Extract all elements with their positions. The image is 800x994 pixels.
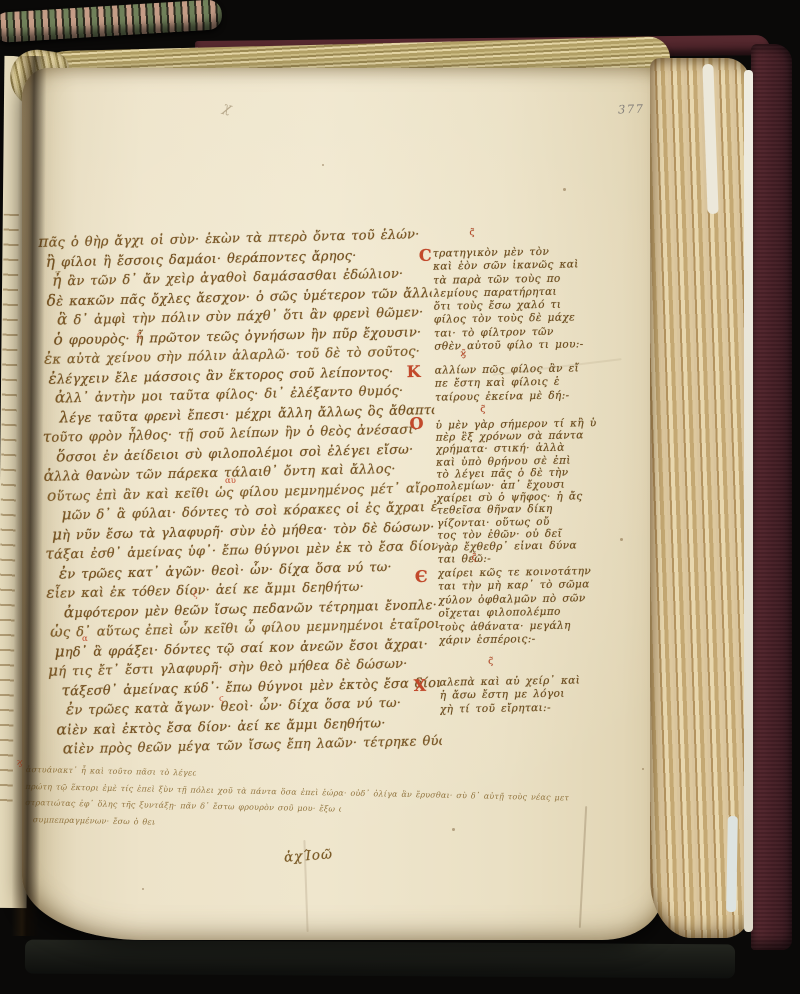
paragraph-initial: Є: [415, 570, 428, 584]
foxing-speck: [322, 164, 324, 166]
manuscript-page: 377 χ πᾶς ὁ θὴρ ἄγχι οἱ σὺν· ἑκὼν τὰ πτε…: [22, 68, 662, 940]
paragraph-initial: Χ: [414, 679, 427, 693]
commentary-line: ται θεῶ:-: [438, 551, 638, 566]
red-gloss-mark: ϛ: [219, 694, 224, 704]
red-note-initial: ϗ: [17, 758, 23, 768]
commentary-line: ταίρους ἐκείνα μὲ δή:-: [435, 388, 635, 404]
red-gloss-mark: ϛ: [137, 330, 142, 340]
foxing-speck: [142, 888, 144, 890]
foxing-speck: [642, 768, 644, 770]
chapter-number-mark: ϛ̃: [488, 657, 494, 667]
foxing-speck: [563, 188, 566, 191]
fore-edge-leaves: [650, 58, 750, 938]
commentary-paragraph: Ο ὑ μὲν γὰρ σήμερον τί κἢ ὑ πὲρ ἓξ χρόνω…: [435, 416, 637, 566]
bottom-marginal-notes: ϗ ἀστυάνακτ᾽ ἦ καὶ τοῦτο πᾶσι τὸ λέγεσθα…: [25, 762, 606, 840]
marginal-note-line: συμπεπραγμένων· ἔσω ὁ θεντὸς λαός·:-: [25, 811, 155, 830]
red-gloss-mark: ϛ̃: [193, 590, 198, 600]
red-gloss-mark: αυ: [225, 476, 236, 486]
foxing-speck: [620, 538, 623, 541]
commentary-paragraph: Ϲ τρατηγικὸν μὲν τὸν καὶ ἑὸν σῶν ἱκανῶς …: [433, 245, 635, 355]
board-edge: [744, 70, 753, 932]
chapter-number-mark: ϛ̃: [469, 228, 475, 238]
chapter-number-mark: ϛ̃: [472, 553, 478, 563]
commentary-line: χὴ τί τοῦ εἴρηται:-: [440, 700, 640, 717]
paragraph-initial: Ο: [409, 418, 424, 430]
foxing-speck: [452, 828, 455, 831]
folio-number: 377: [618, 102, 645, 117]
catchword: ἁχΊοῶ: [284, 846, 334, 865]
chapter-number-mark: ϗ̃: [460, 349, 466, 359]
paragraph-initial: Ϲ: [419, 249, 432, 263]
main-text-block: πᾶς ὁ θὴρ ἄγχι οἱ σὺν· ἑκὼν τὰ πτερὸ ὄντ…: [38, 224, 442, 759]
commentary-paragraph: Χ αλεπὰ καὶ αὐ χείρ᾽ καὶ ἡ ἄσω ἔστη με λ…: [439, 673, 640, 716]
paragraph-initial: Κ: [407, 365, 422, 379]
endband: [0, 0, 223, 43]
red-gloss-mark: α: [82, 634, 88, 644]
ink-smudge: χ: [221, 99, 233, 117]
flyleaf-edge: [726, 816, 738, 912]
table-surface: [25, 940, 735, 979]
leather-cover-right-board: [751, 44, 792, 950]
facing-page-text-edge: [0, 214, 19, 814]
commentary-column: ϛ̃ Ϲ τρατηγικὸν μὲν τὸν καὶ ἑὸν σῶν ἱκαν…: [433, 244, 648, 792]
commentary-paragraph: Є χαίρει κῶς τε κοινοτάτην ται τὴν μὴ κα…: [438, 564, 639, 648]
commentary-line: χάριν ἑσπέροις:-: [439, 631, 639, 648]
chapter-number-mark: ϛ̃: [480, 405, 486, 415]
